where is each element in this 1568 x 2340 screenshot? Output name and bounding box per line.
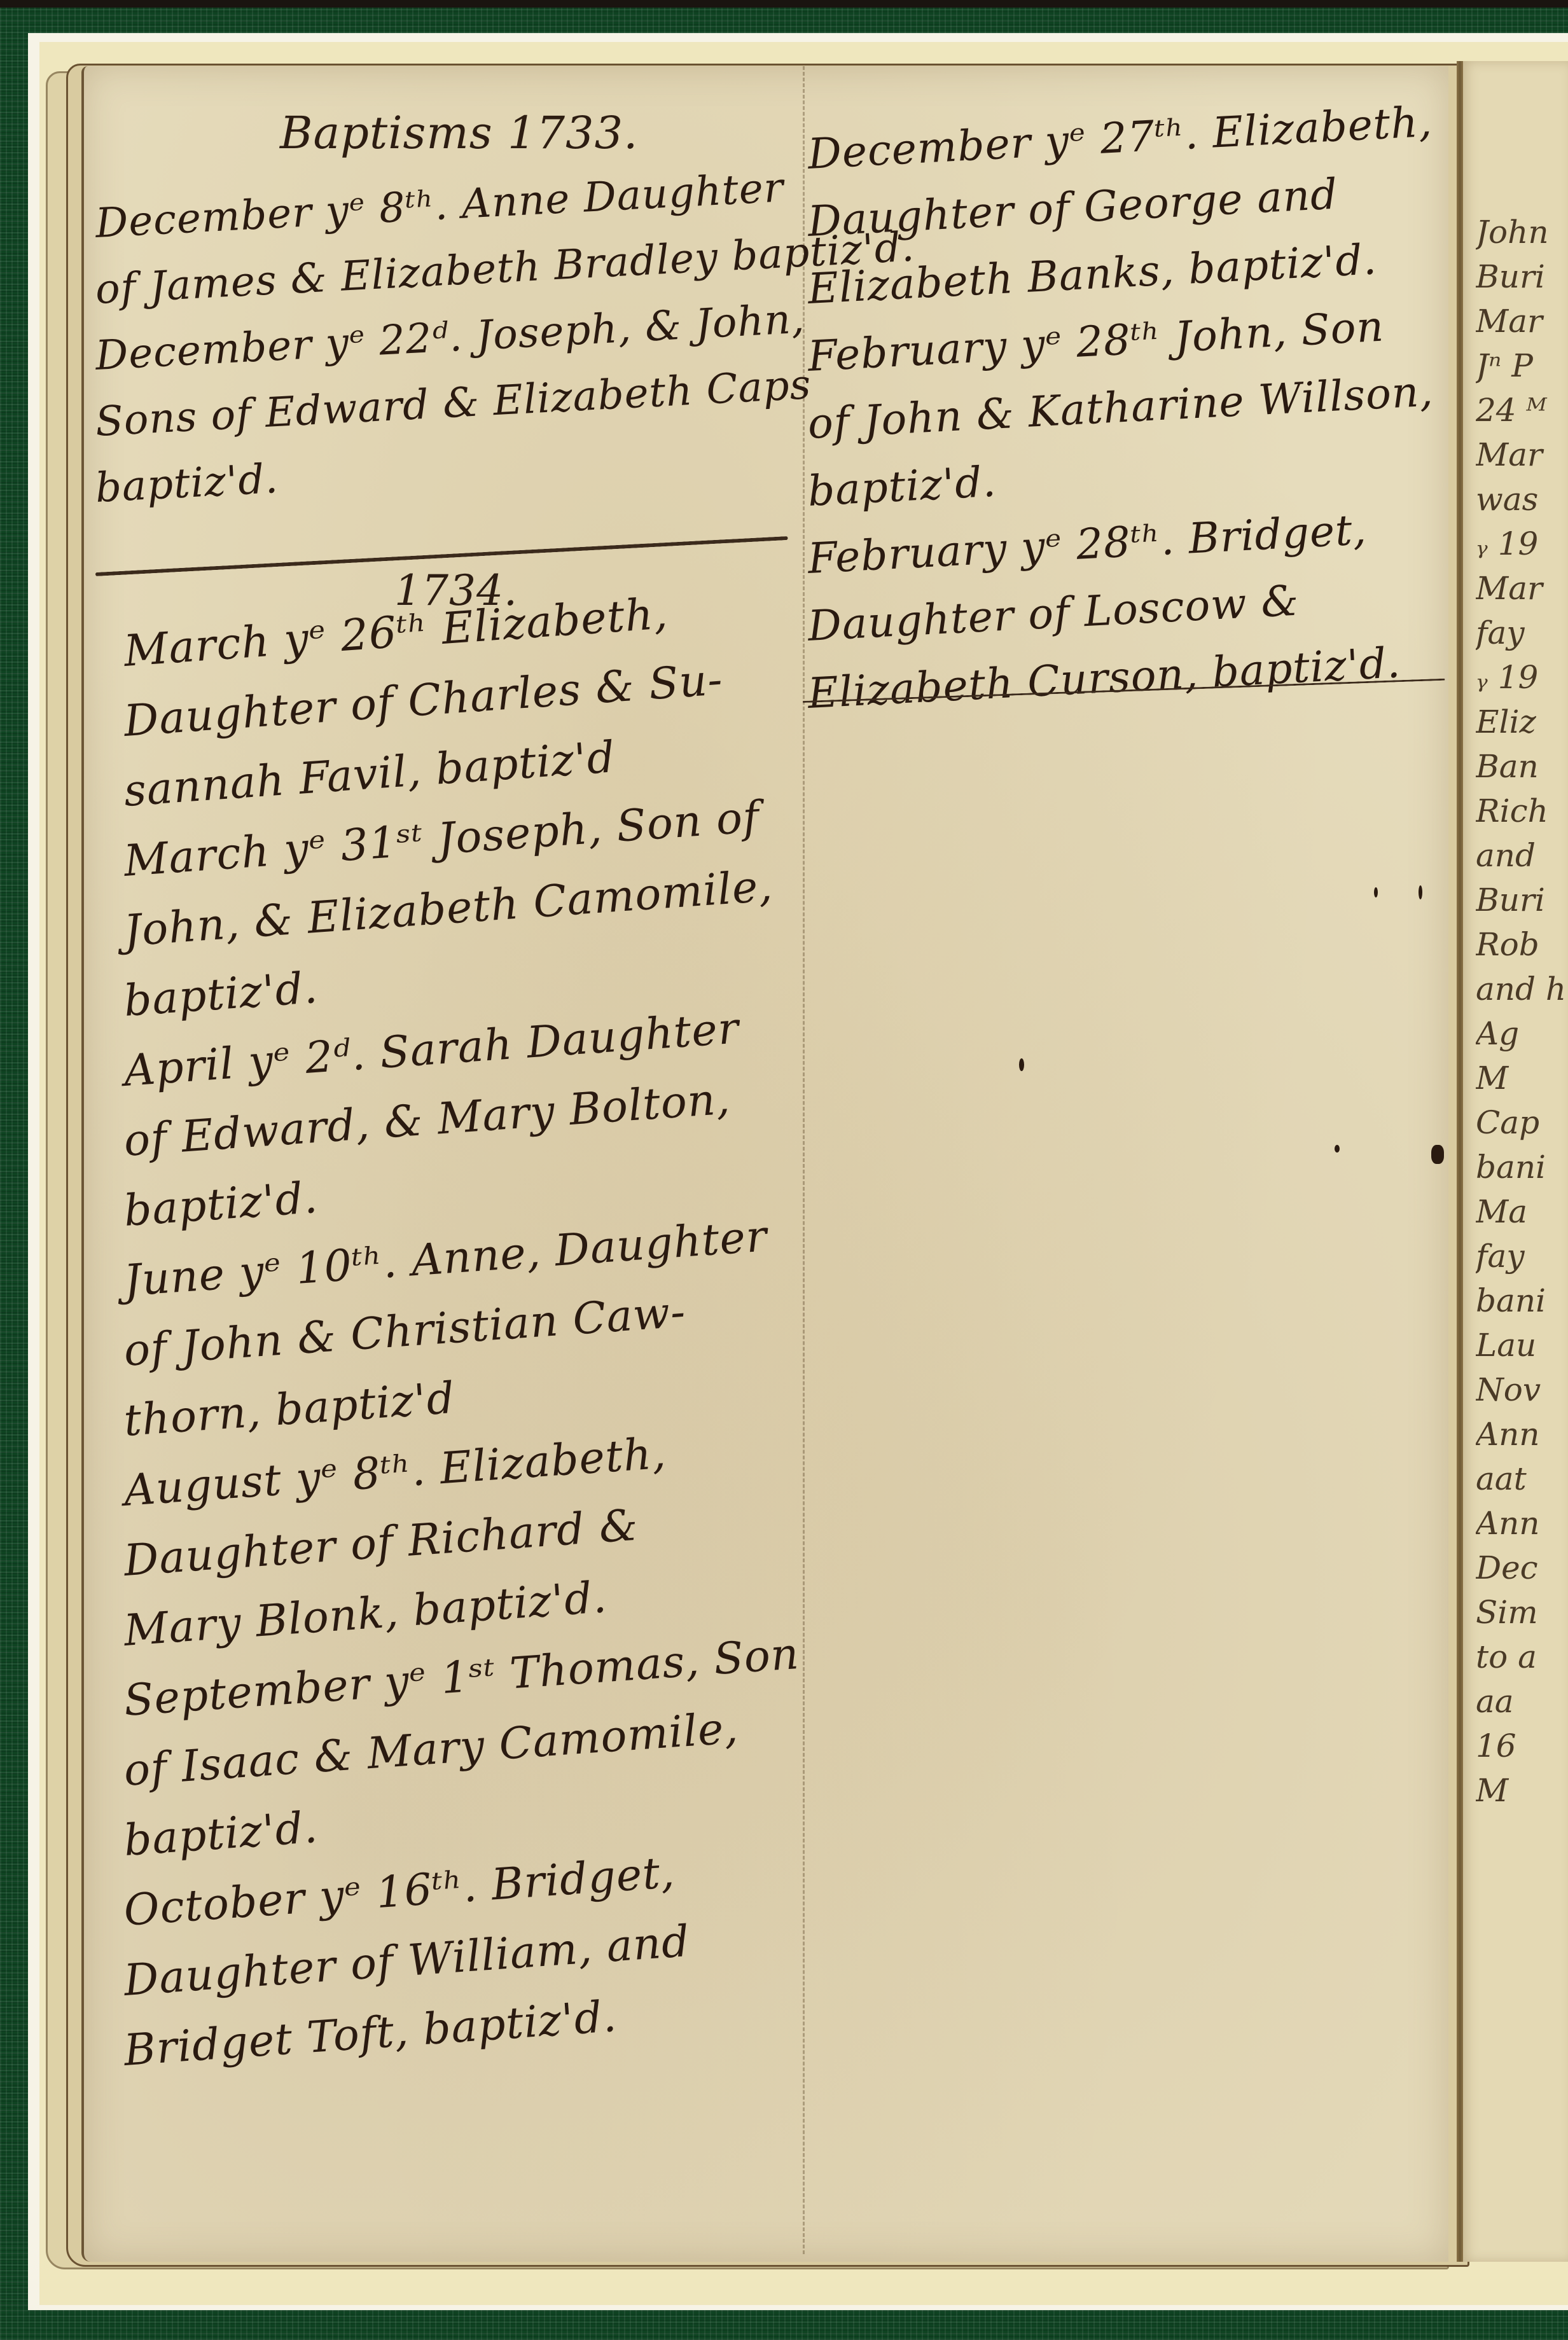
fragment: ᵧ 19 bbox=[1476, 522, 1568, 566]
fragment: fay bbox=[1476, 1234, 1568, 1278]
fragment: Jⁿ P bbox=[1476, 343, 1568, 388]
fragment: Buri bbox=[1476, 878, 1568, 922]
fragment: aa bbox=[1476, 1679, 1568, 1724]
fragment: and h bbox=[1476, 967, 1568, 1011]
fragment: bani bbox=[1476, 1145, 1568, 1189]
fragment: 16 bbox=[1476, 1724, 1568, 1768]
fragment: fay bbox=[1476, 611, 1568, 655]
fragment: bani bbox=[1476, 1278, 1568, 1323]
ink-blot bbox=[1431, 1145, 1444, 1164]
fragment: to a bbox=[1476, 1635, 1568, 1679]
ink-speck bbox=[1019, 1058, 1024, 1071]
fragment: Mar bbox=[1476, 566, 1568, 611]
adjacent-page-text: Mar Jⁿ P 24 ᴹ Mar was ᵧ 19 Mar fay ᵧ 19 … bbox=[1476, 299, 1568, 1813]
fragment: was bbox=[1476, 477, 1568, 522]
page-gutter bbox=[1457, 61, 1463, 2262]
fragment: Rob bbox=[1476, 922, 1568, 967]
entries-1734: March yᵉ 26ᵗʰ Elizabeth, Daughter of Cha… bbox=[124, 617, 798, 2086]
fragment: Ann bbox=[1476, 1501, 1568, 1546]
fragment: Cap bbox=[1476, 1100, 1568, 1145]
fragment: and bbox=[1476, 833, 1568, 878]
fragment: Dec bbox=[1476, 1546, 1568, 1590]
fragment: Mar bbox=[1476, 433, 1568, 477]
fragment: Ann bbox=[1476, 1412, 1568, 1457]
fragment: John bbox=[1476, 210, 1568, 254]
fragment: Mar bbox=[1476, 299, 1568, 343]
fragment: Rich bbox=[1476, 789, 1568, 833]
fragment: Ma bbox=[1476, 1189, 1568, 1234]
section-heading-1733: Baptisms 1733. bbox=[280, 107, 638, 159]
fragment: ᵧ 19 bbox=[1476, 655, 1568, 700]
adjacent-page-text-top: John Buri bbox=[1476, 210, 1568, 299]
fragment: Ag bbox=[1476, 1011, 1568, 1056]
ink-speck bbox=[1374, 887, 1378, 897]
fragment: Lau bbox=[1476, 1323, 1568, 1367]
fragment: Nov bbox=[1476, 1367, 1568, 1412]
fragment: Buri bbox=[1476, 254, 1568, 299]
fragment: M bbox=[1476, 1768, 1568, 1813]
ink-speck bbox=[1335, 1145, 1340, 1153]
fragment: Eliz bbox=[1476, 700, 1568, 744]
fragment: Ban bbox=[1476, 744, 1568, 789]
fragment: M bbox=[1476, 1056, 1568, 1100]
ink-speck bbox=[1419, 885, 1422, 899]
fragment: Sim bbox=[1476, 1590, 1568, 1635]
fragment: 24 ᴹ bbox=[1476, 388, 1568, 433]
binding-top-edge bbox=[0, 0, 1568, 8]
entries-1733: December yᵉ 8ᵗʰ. Anne Daughter of James … bbox=[95, 191, 801, 522]
fragment: aat bbox=[1476, 1457, 1568, 1501]
entries-right-column: December yᵉ 27ᵗʰ. Elizabeth, Daughter of… bbox=[808, 121, 1444, 728]
